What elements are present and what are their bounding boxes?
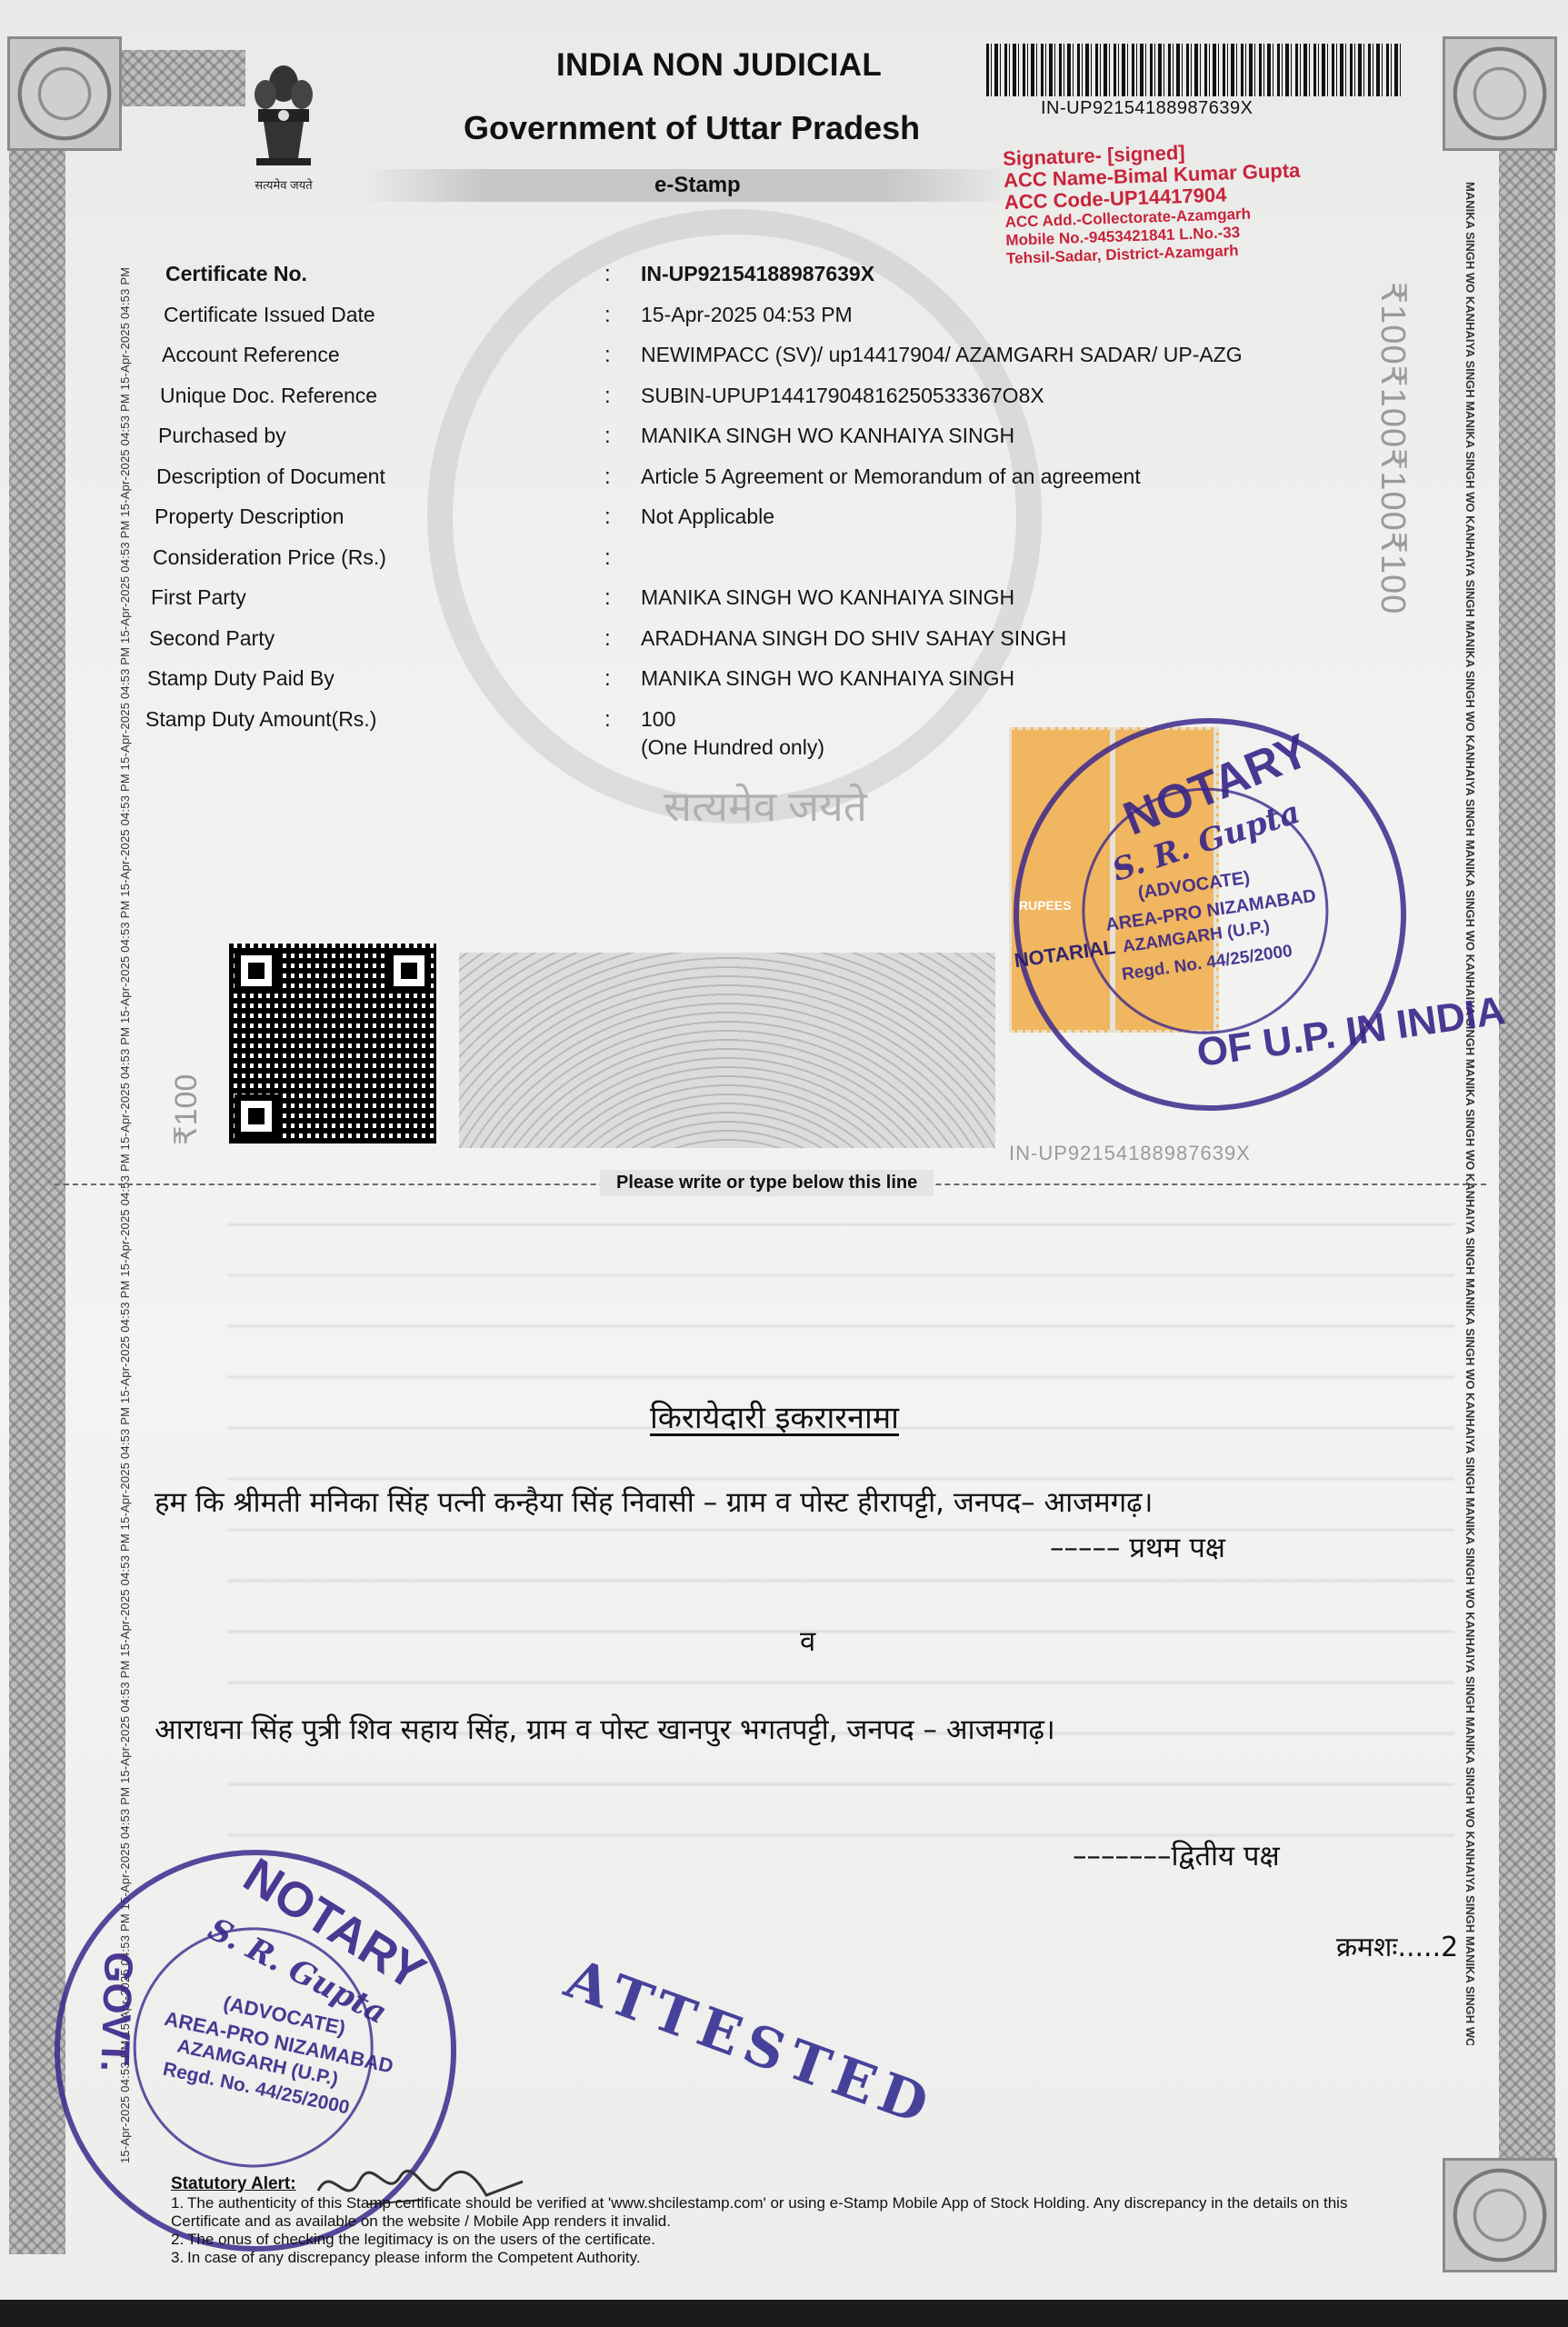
seal-govt: GOVT. [91,1951,141,2072]
second-party-role: –––––––द्वितीय पक्ष [1073,1836,1280,1874]
detail-row-second-party: Second Party : ARADHANA SINGH DO SHIV SA… [136,626,1409,667]
first-party-role: ––––– प्रथम पक्ष [1050,1528,1225,1566]
detail-colon: : [604,262,611,287]
alert-item: 2.The onus of checking the legitimacy is… [171,2231,1353,2249]
detail-row-purchased-by: Purchased by : MANIKA SINGH WO KANHAIYA … [136,424,1409,464]
acc-stamp: Signature- [signed] ACC Name-Bimal Kumar… [1003,134,1424,268]
ornamental-border-left [9,55,65,2254]
estamp-label: e-Stamp [654,173,741,198]
detail-label: Stamp Duty Amount(Rs.) [145,707,376,732]
detail-label: Purchased by [158,424,286,448]
detail-row-certificate-no: Certificate No. : IN-UP92154188987639X [136,262,1409,303]
qr-finder-icon [235,1094,278,1138]
detail-colon: : [604,343,611,368]
barcode-id: IN-UP92154188987639X [1041,98,1253,119]
detail-colon: : [604,303,611,328]
detail-label: Consideration Price (Rs.) [153,545,386,570]
detail-label: Description of Document [156,464,385,489]
lion-capital-icon [247,56,320,175]
detail-colon: : [604,464,611,490]
detail-value: 15-Apr-2025 04:53 PM [641,303,853,327]
title-government: Government of Uttar Pradesh [464,109,920,147]
ornamental-border-right [1499,55,1555,2254]
detail-row-first-party: First Party : MANIKA SINGH WO KANHAIYA S… [136,585,1409,626]
ornament-corner-icon [1443,2158,1557,2272]
detail-value: IN-UP92154188987639X [641,262,874,286]
detail-row-property-description: Property Description : Not Applicable [136,504,1409,545]
detail-row-issued-date: Certificate Issued Date : 15-Apr-2025 04… [136,303,1409,344]
first-party-paragraph: हम कि श्रीमती मनिका सिंह पत्नी कन्हैया स… [155,1477,1482,1528]
detail-colon: : [604,585,611,611]
background-edge [0,2300,1568,2327]
watermark-motto: सत्यमेव जयते [664,777,867,834]
second-party-paragraph: आराधना सिंह पुत्री शिव सहाय सिंह, ग्राम … [155,1704,1482,1755]
detail-label: Second Party [149,626,275,651]
detail-colon: : [604,666,611,692]
detail-label: Unique Doc. Reference [160,384,377,408]
detail-label: Certificate No. [165,262,307,286]
detail-label: Account Reference [162,343,340,367]
certificate-id-watermark: IN-UP92154188987639X [1009,1142,1251,1165]
detail-row-unique-doc-reference: Unique Doc. Reference : SUBIN-UPUP144179… [136,384,1409,424]
ornament-corner-icon [7,36,122,151]
detail-label: First Party [151,585,246,610]
detail-value: Not Applicable [641,504,774,529]
alert-item: 1.The authenticity of this Stamp certifi… [171,2194,1353,2231]
detail-value: MANIKA SINGH WO KANHAIYA SINGH [641,585,1014,610]
detail-value: 100 (One Hundred only) [641,707,824,760]
qr-finder-icon [387,949,431,993]
continued-marker: क्रमशः.....2 [1336,1927,1458,1964]
write-below-label: Please write or type below this line [600,1170,934,1196]
detail-row-description: Description of Document : Article 5 Agre… [136,464,1409,505]
detail-value: Article 5 Agreement or Memorandum of an … [641,464,1141,489]
title-non-judicial: INDIA NON JUDICIAL [556,47,882,84]
detail-label: Property Description [155,504,344,529]
detail-colon: : [604,545,611,571]
statutory-alert: Statutory Alert: 1.The authenticity of t… [171,2174,1353,2267]
detail-value: SUBIN-UPUP14417904816250533367O8X [641,384,1044,408]
emblem-motto: सत्यमेव जयते [238,176,329,193]
detail-label: Certificate Issued Date [164,303,375,327]
detail-label: Stamp Duty Paid By [147,666,335,691]
conjunction: व [800,1622,815,1660]
qr-finder-icon [235,949,278,993]
detail-row-consideration-price: Consideration Price (Rs.) : [136,545,1409,586]
detail-colon: : [604,626,611,652]
detail-colon: : [604,707,611,733]
agreement-title: किरायेदारी इकरारनामा [650,1395,899,1437]
alert-item: 3.In case of any discrepancy please info… [171,2249,1353,2267]
detail-colon: : [604,384,611,409]
barcode [986,44,1404,96]
alert-list: 1.The authenticity of this Stamp certifi… [171,2194,1353,2267]
microtext-left: 15-Apr-2025 04:53 PM 15-Apr-2025 04:53 P… [118,164,132,2163]
detail-colon: : [604,504,611,530]
detail-value: NEWIMPACC (SV)/ up14417904/ AZAMGARH SAD… [641,343,1243,367]
denomination-watermark-left: ₹100 [168,1074,205,1145]
detail-value: ARADHANA SINGH DO SHIV SAHAY SINGH [641,626,1066,651]
qr-code [229,944,436,1144]
duty-amount: 100 [641,707,675,731]
security-wave-pattern [459,953,995,1148]
alert-item-text: The authenticity of this Stamp certifica… [171,2194,1347,2230]
attested-stamp: ATTESTED [557,1947,943,2139]
ornament-corner-icon [1443,36,1557,151]
detail-value: MANIKA SINGH WO KANHAIYA SINGH [641,424,1014,448]
detail-value: MANIKA SINGH WO KANHAIYA SINGH [641,666,1014,691]
duty-amount-words: (One Hundred only) [641,735,824,760]
microtext-right: MANIKA SINGH WO KANHAIYA SINGH MANIKA SI… [1463,182,1477,2045]
e-stamp-paper: 15-Apr-2025 04:53 PM 15-Apr-2025 04:53 P… [0,0,1568,2327]
detail-colon: : [604,424,611,449]
alert-item-text: The onus of checking the legitimacy is o… [187,2231,655,2248]
certificate-details: Certificate No. : IN-UP92154188987639X C… [136,262,1409,747]
alert-item-text: In case of any discrepancy please inform… [187,2249,641,2266]
detail-row-duty-paid-by: Stamp Duty Paid By : MANIKA SINGH WO KAN… [136,666,1409,707]
detail-row-account-reference: Account Reference : NEWIMPACC (SV)/ up14… [136,343,1409,384]
alert-heading: Statutory Alert: [171,2174,1353,2194]
national-emblem: सत्यमेव जयते [238,56,329,206]
